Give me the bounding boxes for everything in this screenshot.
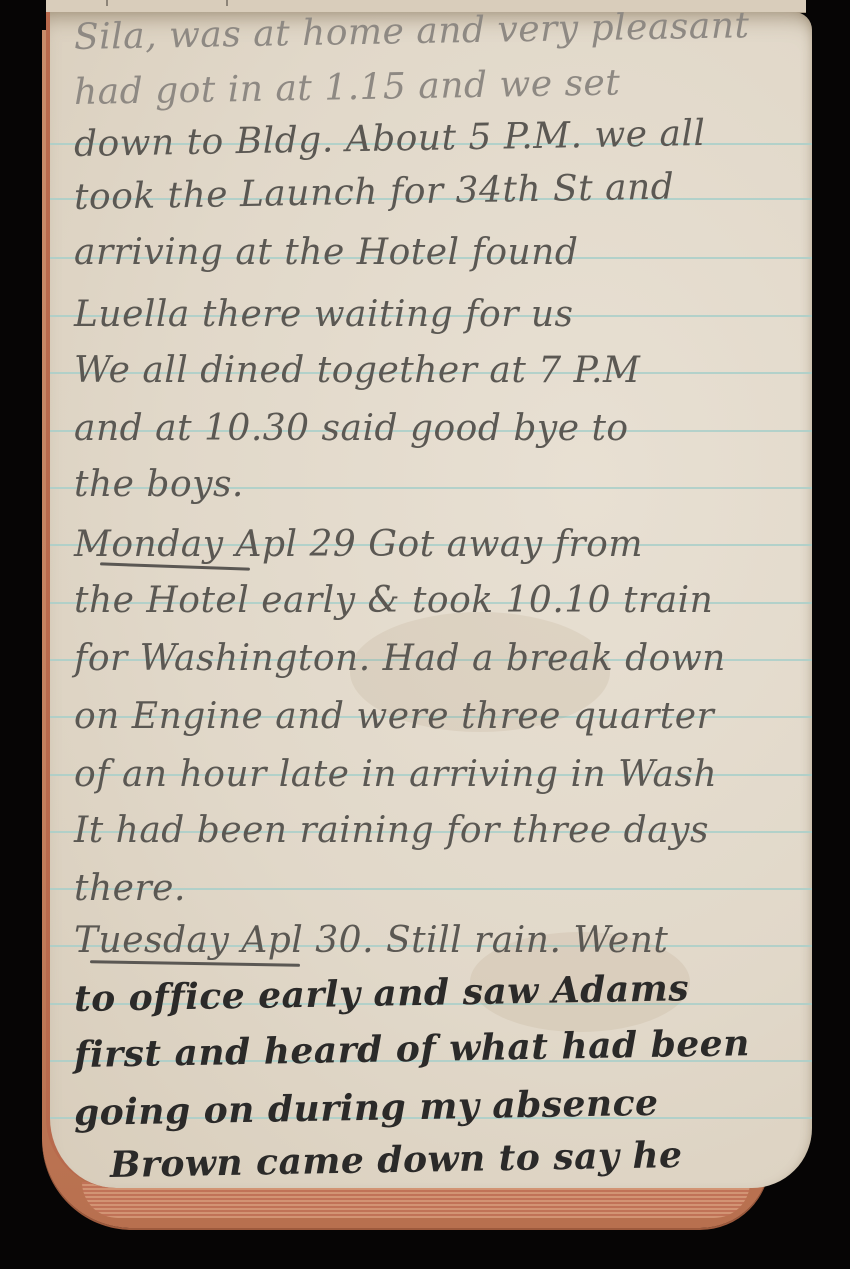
ink-stroke [106,0,108,6]
handwritten-line-6: Luella there waiting for us [74,294,574,335]
handwritten-line-9: the boys. [74,464,244,505]
scan-background: Sila, was at home and very pleasant had … [0,0,850,1269]
handwritten-line-15: It had been raining for three days [74,810,709,851]
handwritten-line-7: We all dined together at 7 P.M [74,350,640,391]
heading-underline [90,960,300,967]
handwritten-line-3: down to Bldg. About 5 P.M. we all [74,113,706,165]
handwritten-line-21: Brown came down to say he [110,1134,683,1186]
handwritten-line-2: had got in at 1.15 and we set [74,62,621,113]
handwritten-line-4: took the Launch for 34th St and [74,167,675,218]
entry-heading-tuesday: Tuesday Apl 30. Still rain. Went [74,920,668,961]
handwritten-line-12: for Washington. Had a break down [74,638,726,679]
handwritten-line-20: going on during my absence [74,1082,659,1134]
ink-stroke [226,0,228,6]
notebook-page: Sila, was at home and very pleasant had … [46,12,812,1188]
handwritten-line-11: the Hotel early & took 10.10 train [74,580,713,621]
handwritten-line-13: on Engine and were three quarter [74,696,714,737]
handwritten-line-14: of an hour late in arriving in Wash [74,754,717,795]
handwritten-line-5: arriving at the Hotel found [74,232,578,273]
handwritten-line-16: there. [74,868,186,909]
handwritten-line-8: and at 10.30 said good bye to [74,408,629,449]
handwritten-line-1: Sila, was at home and very pleasant [74,12,750,58]
handwritten-line-19: first and heard of what had been [74,1022,751,1076]
entry-heading-monday: Monday Apl 29 Got away from [74,524,643,565]
